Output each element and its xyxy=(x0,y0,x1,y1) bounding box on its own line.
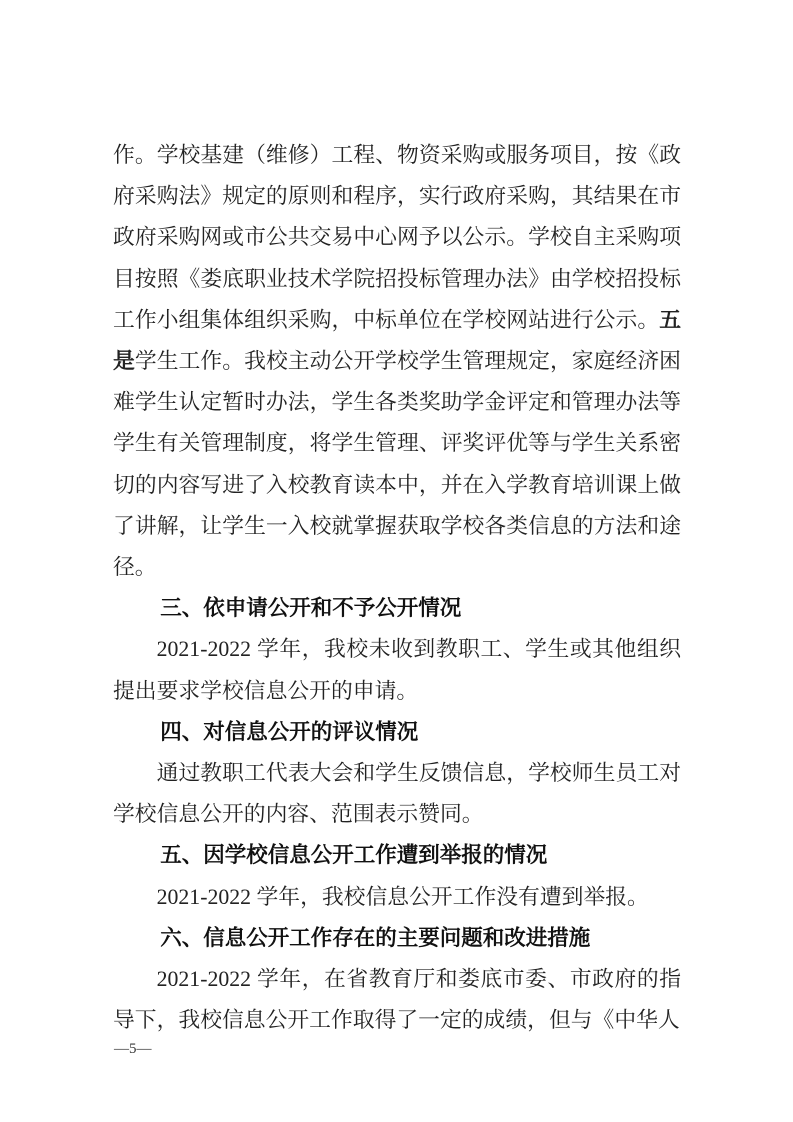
document-page: 作。学校基建（维修）工程、物资采购或服务项目，按《政府采购法》规定的原则和程序，… xyxy=(0,0,793,1122)
paragraph-run: 学生工作。我校主动公开学校学生管理规定，家庭经济困难学生认定暂时办法，学生各类奖… xyxy=(113,349,681,579)
section-heading-5: 五、因学校信息公开工作遭到举报的情况 xyxy=(113,835,681,876)
paragraph-run: 作。学校基建（维修）工程、物资采购或服务项目，按《政府采购法》规定的原则和程序，… xyxy=(113,143,681,332)
section-heading-3: 三、依申请公开和不予公开情况 xyxy=(113,588,681,629)
page-number: —5— xyxy=(114,1039,152,1059)
section-heading-4: 四、对信息公开的评议情况 xyxy=(113,712,681,753)
section-heading-6: 六、信息公开工作存在的主要问题和改进措施 xyxy=(113,918,681,959)
body-paragraph-section-6: 2021-2022 学年，在省教育厅和娄底市委、市政府的指导下，我校信息公开工作… xyxy=(113,959,681,1041)
body-paragraph-section-3: 2021-2022 学年，我校未收到教职工、学生或其他组织提出要求学校信息公开的… xyxy=(113,629,681,711)
body-paragraph-section-4: 通过教职工代表大会和学生反馈信息，学校师生员工对学校信息公开的内容、范围表示赞同… xyxy=(113,753,681,835)
body-paragraph-continuation: 作。学校基建（维修）工程、物资采购或服务项目，按《政府采购法》规定的原则和程序，… xyxy=(113,135,681,588)
body-paragraph-section-5: 2021-2022 学年，我校信息公开工作没有遭到举报。 xyxy=(113,877,681,918)
document-body: 作。学校基建（维修）工程、物资采购或服务项目，按《政府采购法》规定的原则和程序，… xyxy=(113,135,681,1041)
